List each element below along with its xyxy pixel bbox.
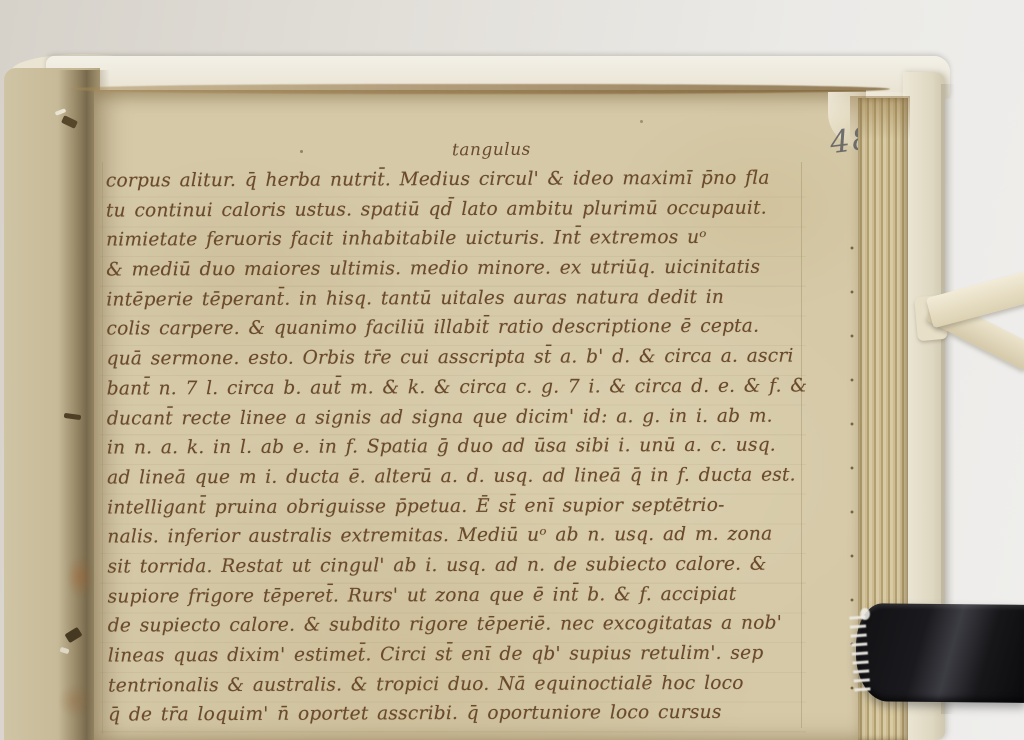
- manuscript-line: nalis. inferior australis extremitas. Me…: [107, 520, 813, 553]
- parchment-stain: [58, 684, 92, 718]
- manuscript-line: de supiecto calore. & subdito rigore tēp…: [108, 609, 814, 642]
- manuscript-line: bant̄ n. 7 l. circa b. aut̄ m. & k. & ci…: [107, 371, 813, 404]
- manuscript-line: intēperie tēperant̄. in hisq. tantū uita…: [106, 282, 812, 315]
- parchment-speck: [640, 120, 643, 123]
- manuscript-line: tentrionalis & australis. & tropici duo.…: [108, 668, 814, 701]
- manuscript-line: ducant̄ recte linee a signis ad signa qu…: [107, 401, 813, 434]
- ruling-frame-left: [102, 162, 103, 734]
- manuscript-line: corpus alitur. q̄ herba nutrit̄. Medius …: [106, 163, 812, 196]
- manuscript-line: lineas quas dixim' estimet̄. Circi st̄ e…: [108, 638, 814, 671]
- parchment-speck: [300, 150, 303, 153]
- manuscript-line: & mediū duo maiores ultimis. medio minor…: [106, 253, 812, 286]
- manuscript-line: sit torrida. Restat ut cingul' ab i. usq…: [107, 549, 813, 582]
- manuscript-line: supiore frigore tēperet̄. Rurs' ut zona …: [108, 579, 814, 612]
- manuscript-line: q̄ de tr̄a loquim' n̄ oportet asscribi. …: [108, 698, 814, 731]
- manuscript-line: nimietate feruoris facit inhabitabile ui…: [106, 223, 812, 256]
- fabric-strap: [855, 603, 1024, 703]
- manuscript-line: intelligant̄ pruina obriguisse p̄petua. …: [107, 490, 813, 523]
- text-block: corpus alitur. q̄ herba nutrit̄. Medius …: [106, 163, 814, 730]
- parchment-stain: [66, 556, 94, 598]
- page-top-edge: [70, 84, 890, 94]
- manuscript-photo: tangulus 48. corpus alitur. q̄ herba nut…: [0, 0, 1024, 740]
- manuscript-line: quā sermone. esto. Orbis tr̄e cui asscri…: [107, 342, 813, 375]
- running-title: tangulus: [452, 140, 531, 161]
- strap-frayed-end: [860, 608, 870, 620]
- manuscript-line: tu continui caloris ustus. spatiū qd̄ la…: [106, 193, 812, 226]
- manuscript-line: colis carpere. & quanimo faciliū illabit…: [106, 312, 812, 345]
- manuscript-line: ad lineā que m i. ducta ē. alterū a. d. …: [107, 460, 813, 493]
- manuscript-line: in n. a. k. in l. ab e. in f. Spatia ḡ d…: [107, 431, 813, 464]
- fore-edge-top-shade: [850, 96, 910, 140]
